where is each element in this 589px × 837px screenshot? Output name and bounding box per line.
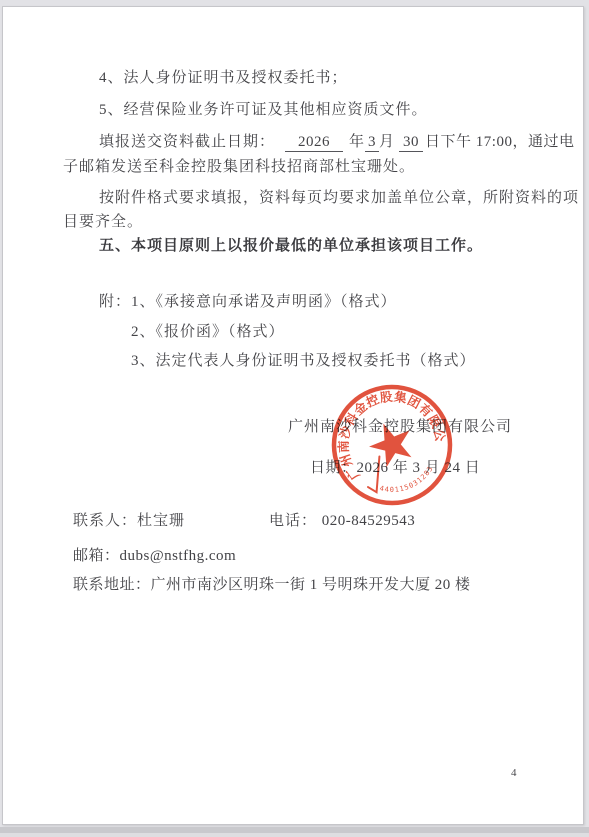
rule-5-line: 五、本项目原则上以报价最低的单位承担该项目工作。 [99,235,483,257]
seal-ring [316,369,467,520]
deadline-year-unit: 年 [349,134,365,150]
deadline-day-fill: 30 [399,134,423,152]
format-note-line-2: 目要齐全。 [63,211,143,233]
format-note-line-1: 按附件格式要求填报，资料每页均要求加盖单位公章，所附资料的项 [99,187,579,209]
contact-address: 联系地址：广州市南沙区明珠一街 1 号明珠开发大厦 20 楼 [73,574,471,596]
attachment-item-1: 附：1、《承接意向承诺及声明函》（格式） [99,291,397,313]
contact-email: 邮箱：dubs@nstfhg.com [73,545,236,567]
deadline-year-fill: 2026 [285,134,343,152]
deadline-line: 填报送交资料截止日期：2026年3月30日下午 17:00，通过电 [99,131,574,153]
attachment-item-2: 2、《报价函》（格式） [131,321,285,343]
company-seal-stamp: 广州南沙科金控股集团有限公司 4401150312836 [306,359,478,531]
signature-date: 日期：2026 年 3 月 24 日 [310,457,480,479]
page-number: 4 [511,767,517,779]
signature-company-name: 广州南沙科金控股集团有限公司 [288,416,512,438]
list-item-5: 5、经营保险业务许可证及其他相应资质文件。 [99,99,428,121]
deadline-prefix: 填报送交资料截止日期： [99,134,275,150]
seal-serial-number: 4401150312836 [306,367,439,517]
seal-svg: 广州南沙科金控股集团有限公司 4401150312836 [306,359,478,531]
list-item-4: 4、法人身份证明书及授权委托书； [99,67,348,89]
seal-serial-holder: 4401150312836 [306,367,439,517]
viewer-bottom-edge [0,827,589,837]
document-page: 4、法人身份证明书及授权委托书； 5、经营保险业务许可证及其他相应资质文件。 填… [2,6,584,825]
deadline-suffix: 日下午 17:00，通过电 [425,134,574,150]
deadline-month-unit: 月 [379,134,395,150]
contact-person: 联系人：杜宝珊 [73,510,185,532]
phone-label: 电话： [269,513,317,529]
deadline-line-2: 子邮箱发送至科金控股集团科技招商部杜宝珊处。 [63,156,415,178]
phone-number: 020-84529543 [322,513,416,529]
attachment-item-3: 3、法定代表人身份证明书及授权委托书（格式） [131,350,476,372]
contact-phone-row: 电话： 020-84529543 [269,510,415,532]
deadline-month-fill: 3 [365,134,379,152]
